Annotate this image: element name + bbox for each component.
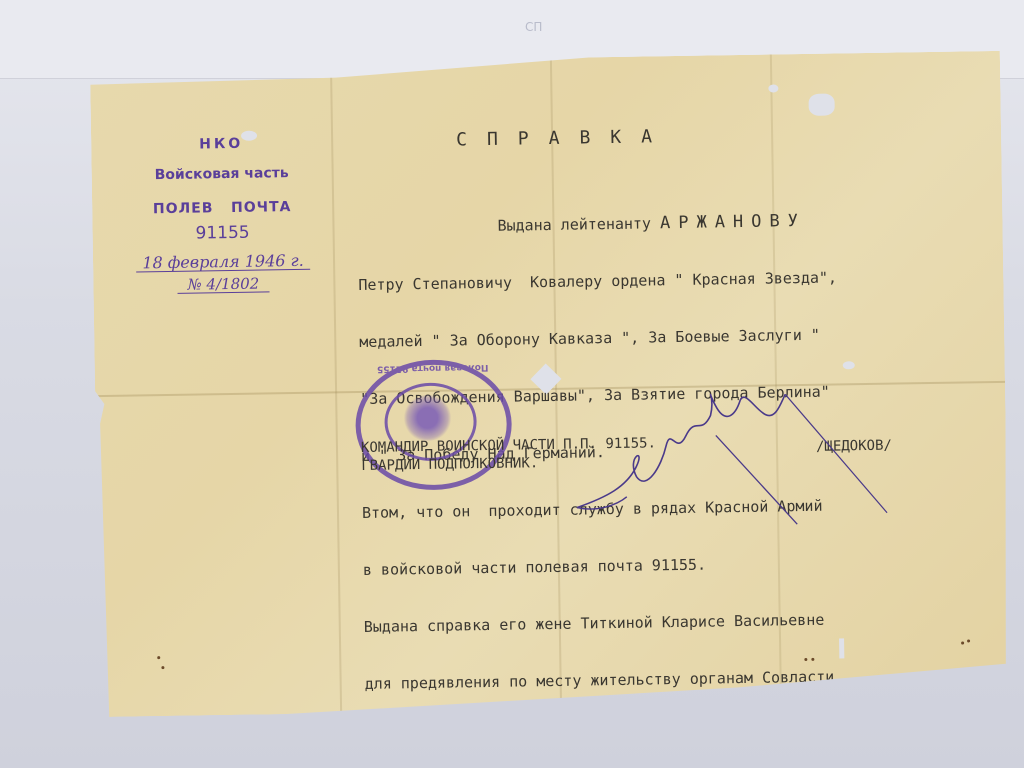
document-paper: НКО Войсковая часть ПОЛЕВ ПОЧТА 91155 18… [90, 51, 1010, 717]
paper-stain [157, 656, 160, 659]
faint-background-text: СП [525, 20, 542, 34]
paper-hole [768, 84, 778, 92]
body-line: Выдана лейтенанту АРЖАНОВУ [357, 209, 997, 238]
stamp-unit: Войсковая часть [122, 166, 322, 183]
signer-rank: ГВАРДИИ ПОДПОЛКОВНИК. [361, 455, 538, 474]
paper-hole [808, 93, 834, 115]
body-line: для предявления по месту жительству орга… [365, 665, 1005, 694]
stamp-reg-no: № 4/1802 [177, 276, 269, 293]
body-line: медалей " За Оборону Кавказа ", За Боевы… [359, 323, 999, 352]
corner-stamp: НКО Войсковая часть ПОЛЕВ ПОЧТА 91155 18… [121, 132, 323, 295]
body-line: Выдана справка его жене Титкиной Кларисе… [364, 608, 1004, 637]
handwritten-signature [565, 373, 898, 548]
recipient-surname: АРЖАНОВУ [660, 211, 806, 233]
document-title: СПРАВКА [456, 126, 672, 150]
paper-stain [161, 666, 164, 669]
paper-stain [804, 658, 807, 661]
paper-stain [967, 639, 970, 642]
stamp-post: ПОЛЕВ ПОЧТА [122, 200, 322, 217]
paper-stain [961, 642, 964, 645]
stamp-date: 18 февраля 1946 г. [136, 253, 310, 273]
body-line: Петру Степановичу Ковалеру ордена " Крас… [358, 266, 998, 295]
body-line: в войсковой части полевая почта 91155. [363, 551, 1003, 580]
paper-stain [811, 658, 814, 661]
stamp-nko: НКО [121, 136, 321, 153]
fold-line [330, 61, 342, 713]
